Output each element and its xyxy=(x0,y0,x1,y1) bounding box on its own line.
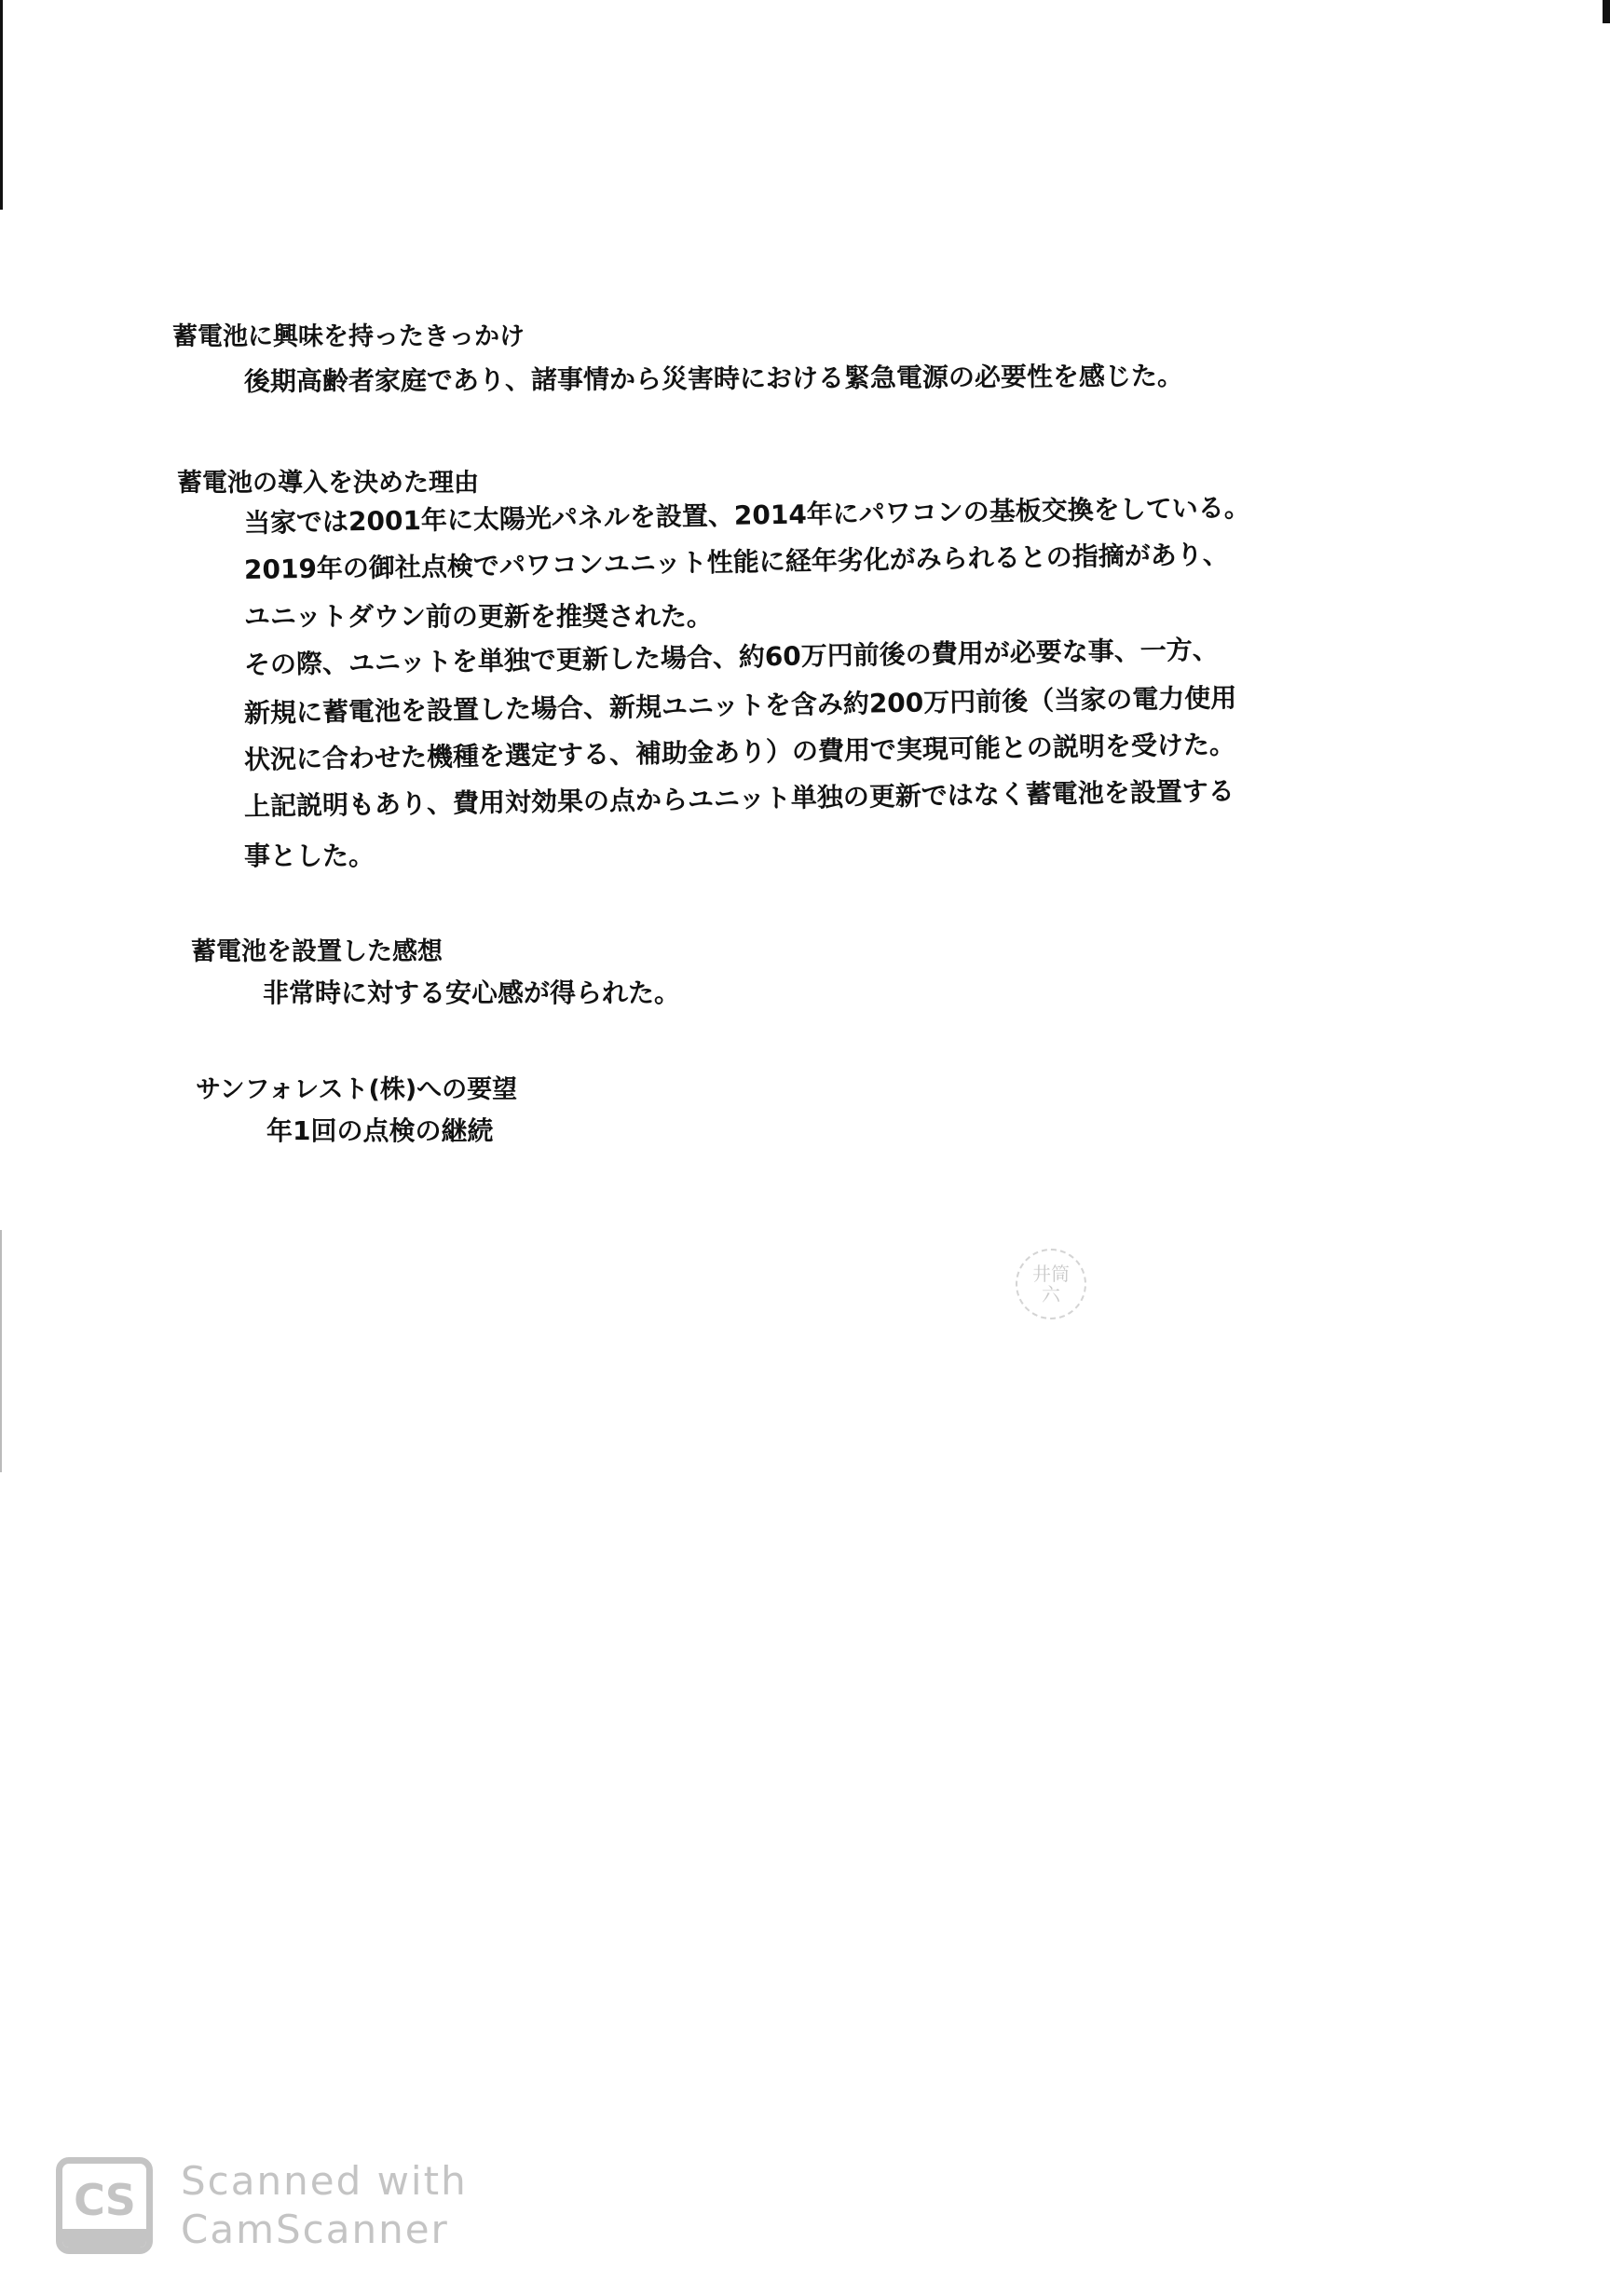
section-body-line: 年1回の点検の継続 xyxy=(266,1118,493,1144)
watermark-text: Scanned with CamScanner xyxy=(181,2157,468,2254)
scan-edge-top-right xyxy=(1603,0,1610,23)
section-body-line: 事とした。 xyxy=(244,843,375,869)
stamp-text-top: 井筒 xyxy=(1032,1264,1070,1284)
section-body-line: 状況に合わせた機種を選定する、補助金あり）の費用で実現可能との説明を受けた。 xyxy=(244,731,1235,773)
scan-edge-left-lower xyxy=(0,1230,2,1472)
section-body-line: 2019年の御社点検でパワコンユニット性能に経年劣化がみられるとの指摘があり、 xyxy=(244,541,1229,583)
camscanner-logo-text: CS xyxy=(62,2175,146,2225)
section-body-line: 上記説明もあり、費用対効果の点からユニット単独の更新ではなく蓄電池を設置する xyxy=(244,778,1235,820)
watermark-line-2: CamScanner xyxy=(181,2206,468,2254)
watermark-line-1: Scanned with xyxy=(181,2157,468,2206)
section-body-line: 当家では2001年に太陽光パネルを設置、2014年にパワコンの基板交換をしている… xyxy=(244,495,1250,537)
camscanner-logo-icon: CS xyxy=(56,2157,153,2254)
scan-edge-left xyxy=(0,0,3,210)
section-body-line: 後期高齢者家庭であり、諸事情から災害時における緊急電源の必要性を感じた。 xyxy=(244,363,1183,395)
seal-stamp: 井筒 六 xyxy=(1016,1249,1086,1319)
section-heading-request: サンフォレスト(株)への要望 xyxy=(196,1077,517,1102)
section-heading-reason: 蓄電池の導入を決めた理由 xyxy=(177,471,479,496)
camscanner-logo-bar xyxy=(62,2229,146,2248)
camscanner-watermark: CS Scanned with CamScanner xyxy=(56,2157,468,2254)
section-heading-motivation: 蓄電池に興味を持ったきっかけ xyxy=(172,324,525,349)
section-body-line: 非常時に対する安心感が得られた。 xyxy=(263,980,680,1006)
stamp-text-bottom: 六 xyxy=(1042,1284,1060,1305)
section-heading-impression: 蓄電池を設置した感想 xyxy=(191,939,443,964)
section-body-line: その際、ユニットを単独で更新した場合、約60万円前後の費用が必要な事、一方、 xyxy=(244,637,1219,678)
section-body-line: ユニットダウン前の更新を推奨された。 xyxy=(244,604,713,630)
section-body-line: 新規に蓄電池を設置した場合、新規ユニットを含み約200万円前後（当家の電力使用 xyxy=(244,685,1237,727)
